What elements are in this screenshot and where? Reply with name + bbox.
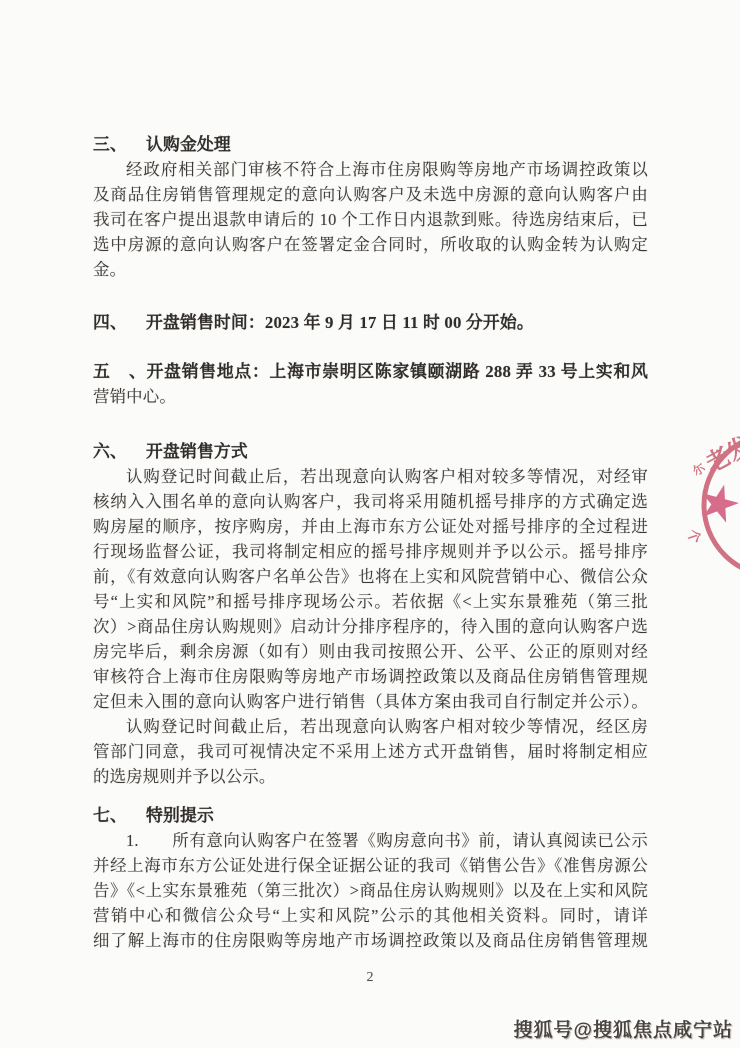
text-line: 金。 <box>93 257 648 282</box>
text-segment: 开盘销售方式 <box>146 442 248 461</box>
section-opening-sale-location: 五、开盘销售地点：上海市崇明区陈家镇颐湖路 288 弄 33 号上实和风院营销中… <box>93 359 648 409</box>
text-segment: 所有意向认购客户在签署《购房意向书》前，请认真阅读已公示 <box>172 831 648 850</box>
text-line: 告》《<上实东景雅苑（第三批次）>商品住房认购规则》以及在上实和风院 <box>93 878 648 903</box>
text-segment: 经政府相关部门审核不符合上海市住房限购等房地产市场调控政策以 <box>126 160 648 179</box>
document-body: 三、认购金处理经政府相关部门审核不符合上海市住房限购等房地产市场调控政策以及商品… <box>93 132 648 953</box>
text-segment: 金。 <box>93 260 126 279</box>
section-heading: 七、特别提示 <box>93 803 648 828</box>
text-segment: 营销中心。 <box>93 387 176 406</box>
text-line: 认购登记时间截止后，若出现意向认购客户相对较少等情况，经区房 <box>93 714 648 739</box>
text-segment: 我司在客户提出退款申请后的 10 个工作日内退款到账。待选房结束后，已 <box>93 210 648 229</box>
section-number: 三、 <box>93 132 146 157</box>
text-line: 次）>商品住房认购规则》启动计分排序程序的，待入围的意向认购客户选 <box>93 614 648 639</box>
text-line: 房完毕后，剩余房源（如有）则由我司按照公开、公平、公正的原则对经 <box>93 639 648 664</box>
text-segment: 认购金处理 <box>146 135 231 154</box>
text-segment: 次）>商品住房认购规则》启动计分排序程序的，待入围的意向认购客户选 <box>93 617 648 636</box>
document-page: 三、认购金处理经政府相关部门审核不符合上海市住房限购等房地产市场调控政策以及商品… <box>0 0 740 1048</box>
text-line: 经政府相关部门审核不符合上海市住房限购等房地产市场调控政策以 <box>93 157 648 182</box>
section-number: 四、 <box>93 310 146 335</box>
text-line: 选中房源的意向认购客户在签署定金合同时，所收取的认购金转为认购定 <box>93 232 648 257</box>
text-segment: 核纳入入围名单的意向认购客户，我司将采用随机摇号排序的方式确定选 <box>93 492 648 511</box>
section-opening-sale-method: 六、开盘销售方式认购登记时间截止后，若出现意向认购客户相对较多等情况，对经审核纳… <box>93 439 648 789</box>
text-segment: 营销中心和微信公众号“上实和风院”公示的其他相关资料。同时，请详 <box>93 906 648 925</box>
text-line: 号“上实和风院”和摇号排序现场公示。若依据《<上实东景雅苑（第三批 <box>93 589 648 614</box>
text-segment: 开盘销售地点： <box>146 362 270 381</box>
page-number: 2 <box>0 970 740 986</box>
text-segment: 认购登记时间截止后，若出现意向认购客户相对较少等情况，经区房 <box>126 717 648 736</box>
text-segment: 认购登记时间截止后，若出现意向认购客户相对较多等情况，对经审 <box>126 467 648 486</box>
text-segment: 号“上实和风院”和摇号排序现场公示。若依据《<上实东景雅苑（第三批 <box>93 592 648 611</box>
text-segment: 并经上海市东方公证处进行保全证据公证的我司《销售公告》《准售房源公 <box>93 856 648 875</box>
text-line: 管部门同意，我司可视情决定不采用上述方式开盘销售，届时将制定相应 <box>93 739 648 764</box>
section-heading: 五、开盘销售地点：上海市崇明区陈家镇颐湖路 288 弄 33 号上实和风院 <box>93 359 648 384</box>
text-line: 行现场监督公证，我司将制定相应的摇号排序规则并予以公示。摇号排序 <box>93 539 648 564</box>
text-segment: 的选房规则并予以公示。 <box>93 767 276 786</box>
text-segment: 管部门同意，我司可视情决定不采用上述方式开盘销售，届时将制定相应 <box>93 742 648 761</box>
seal-text-bottom: 个 <box>683 527 703 546</box>
text-segment: 购房屋的顺序，按序购房，并由上海市东方公证处对摇号排序的全过程进 <box>93 517 648 536</box>
text-line: 前，《有效意向认购客户名单公告》也将在上实和风院营销中心、微信公众 <box>93 564 648 589</box>
text-segment: 定但未入围的意向认购客户进行销售（具体方案由我司自行制定并公示）。 <box>93 692 648 711</box>
section-opening-sale-time: 四、开盘销售时间：2023 年 9 月 17 日 11 时 00 分开始。 <box>93 310 648 335</box>
text-line: 审核符合上海市住房限购等房地产市场调控政策以及商品住房销售管理规 <box>93 664 648 689</box>
section-number: 六、 <box>93 439 146 464</box>
text-line: 并经上海市东方公证处进行保全证据公证的我司《销售公告》《准售房源公 <box>93 853 648 878</box>
text-segment: 行现场监督公证，我司将制定相应的摇号排序规则并予以公示。摇号排序 <box>93 542 648 561</box>
text-line: 及商品住房销售管理规定的意向认购客户及未选中房源的意向认购客户由 <box>93 182 648 207</box>
red-seal-stamp: 老发 尓 个 <box>682 422 740 592</box>
text-line: 认购登记时间截止后，若出现意向认购客户相对较多等情况，对经审 <box>93 464 648 489</box>
section-special-notes: 七、特别提示1.所有意向认购客户在签署《购房意向书》前，请认真阅读已公示并经上海… <box>93 803 648 953</box>
section-heading: 三、认购金处理 <box>93 132 648 157</box>
watermark-sohu-badge: 搜狐号@搜狐焦点咸宁站 <box>513 1015 733 1042</box>
text-line: 定但未入围的意向认购客户进行销售（具体方案由我司自行制定并公示）。 <box>93 689 648 714</box>
text-line: 细了解上海市的住房限购等房地产市场调控政策以及商品住房销售管理规 <box>93 928 648 953</box>
text-line: 购房屋的顺序，按序购房，并由上海市东方公证处对摇号排序的全过程进 <box>93 514 648 539</box>
text-segment: 房完毕后，剩余房源（如有）则由我司按照公开、公平、公正的原则对经 <box>93 642 648 661</box>
text-line: 我司在客户提出退款申请后的 10 个工作日内退款到账。待选房结束后，已 <box>93 207 648 232</box>
text-segment: 审核符合上海市住房限购等房地产市场调控政策以及商品住房销售管理规 <box>93 667 648 686</box>
section-purchase-deposit-handling: 三、认购金处理经政府相关部门审核不符合上海市住房限购等房地产市场调控政策以及商品… <box>93 132 648 282</box>
text-segment: 选中房源的意向认购客户在签署定金合同时，所收取的认购金转为认购定 <box>93 235 648 254</box>
seal-text-left: 尓 <box>690 460 708 479</box>
list-number: 1. <box>126 828 172 853</box>
text-segment: 细了解上海市的住房限购等房地产市场调控政策以及商品住房销售管理规 <box>93 931 648 950</box>
text-segment: 2023 年 9 月 17 日 11 时 00 分开始。 <box>265 313 534 332</box>
text-line: 营销中心。 <box>93 384 648 409</box>
seal-text-top: 老发 <box>701 431 740 478</box>
text-segment: 前，《有效意向认购客户名单公告》也将在上实和风院营销中心、微信公众 <box>93 567 648 586</box>
text-segment: 开盘销售时间： <box>146 313 265 332</box>
text-line: 的选房规则并予以公示。 <box>93 764 648 789</box>
text-segment: 特别提示 <box>146 806 214 825</box>
section-heading: 四、开盘销售时间：2023 年 9 月 17 日 11 时 00 分开始。 <box>93 310 648 335</box>
text-line: 核纳入入围名单的意向认购客户，我司将采用随机摇号排序的方式确定选 <box>93 489 648 514</box>
text-line: 营销中心和微信公众号“上实和风院”公示的其他相关资料。同时，请详 <box>93 903 648 928</box>
section-number: 七、 <box>93 803 146 828</box>
text-segment: 及商品住房销售管理规定的意向认购客户及未选中房源的意向认购客户由 <box>93 185 648 204</box>
section-heading: 六、开盘销售方式 <box>93 439 648 464</box>
text-segment: 告》《<上实东景雅苑（第三批次）>商品住房认购规则》以及在上实和风院 <box>93 881 648 900</box>
text-line: 1.所有意向认购客户在签署《购房意向书》前，请认真阅读已公示 <box>93 828 648 853</box>
section-number: 五、 <box>93 359 146 384</box>
